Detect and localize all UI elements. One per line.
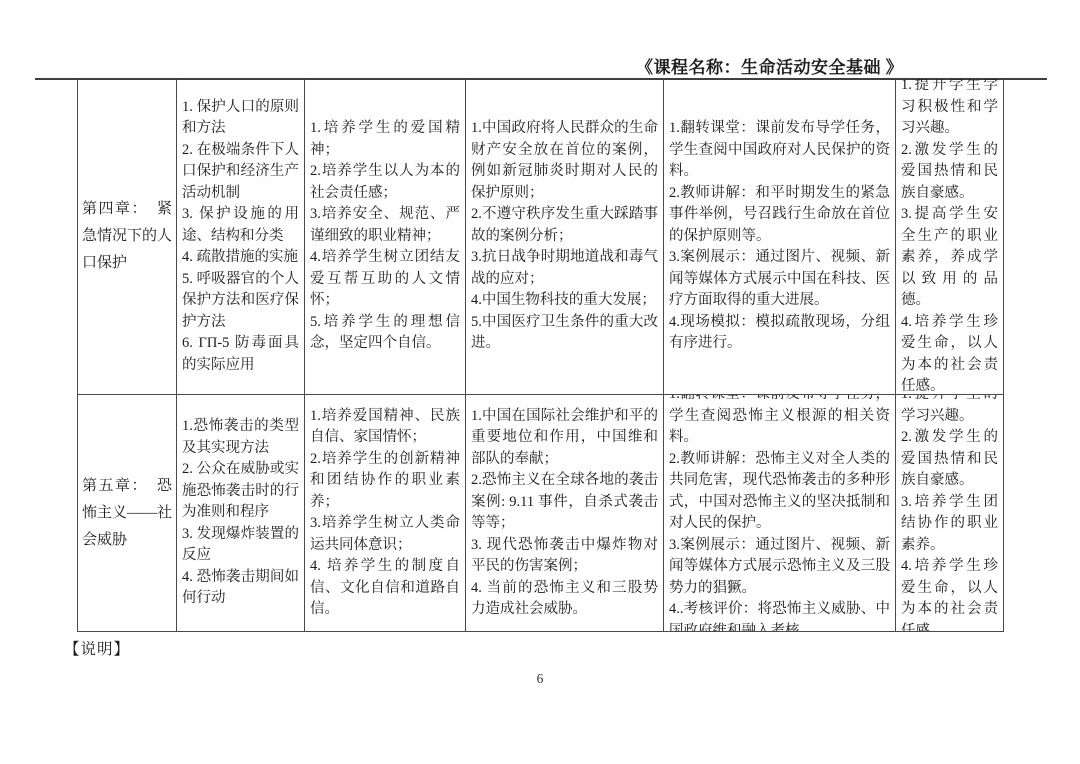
cell-item: 4.培养学生珍爱生命，以人为本的社会责任感。 xyxy=(901,312,998,395)
cell-item: 2.恐怖主义在全球各地的袭击案例: 9.11 事件，自杀式袭击等等； xyxy=(471,470,658,535)
cell-item: 1.翻转课堂：课前发布导学任务，学生查阅恐怖主义根源的相关资料。 xyxy=(669,395,890,449)
chapter5-outcomes-cell: 1.提升学生的学习兴趣。2.激发学生的爱国热情和民族自豪感。3.培养学生团结协作… xyxy=(896,395,1004,632)
cell-item: 2.培养学生以人为本的社会责任感； xyxy=(310,161,460,204)
chapter5-objectives-cell: 1.培养爱国精神、民族自信、家国情怀；2.培养学生的创新精神和团结协作的职业素养… xyxy=(305,395,466,632)
course-name-underlined: 生命活动安全基础 xyxy=(741,58,881,79)
chapter4-methods-cell: 1.翻转课堂：课前发布导学任务，学生查阅中国政府对人民保护的资料。2.教师讲解：… xyxy=(664,79,896,395)
cell-item: 4. 疏散措施的实施 xyxy=(182,247,299,269)
course-title-suffix: 》 xyxy=(881,58,903,77)
cell-item: 2.激发学生的爱国热情和民族自豪感。 xyxy=(901,140,998,205)
cell-item: 3.培养安全、规范、严谨细致的职业精神； xyxy=(310,204,460,247)
chapter4-content-cell: 1. 保护人口的原则和方法2. 在极端条件下人口保护和经济生产活动机制3. 保护… xyxy=(177,79,305,395)
cell-item: 4. 培养学生的制度自信、文化自信和道路自信。 xyxy=(310,556,460,621)
cell-item: 1.提升学生的学习兴趣。 xyxy=(901,395,998,427)
cell-item: 3. 现代恐怖袭击中爆炸物对平民的伤害案例； xyxy=(471,535,658,578)
chapter4-outcomes-cell: 1.提升学生学习积极性和学习兴趣。2.激发学生的爱国热情和民族自豪感。3.提高学… xyxy=(896,79,1004,395)
cell-item: 2.教师讲解：和平时期发生的紧急事件举例，号召践行生命放在首位的保护原则等。 xyxy=(669,183,890,248)
cell-item: 4..考核评价：将恐怖主义威胁、中国政府维和融入考核。 xyxy=(669,599,890,632)
cell-item: 1.提升学生学习积极性和学习兴趣。 xyxy=(901,79,998,140)
cell-item: 3.抗日战争时期地道战和毒气战的应对； xyxy=(471,247,658,290)
chapter5-methods-cell: 1.翻转课堂：课前发布导学任务，学生查阅恐怖主义根源的相关资料。2.教师讲解：恐… xyxy=(664,395,896,632)
note-label: 【说明】 xyxy=(64,637,130,659)
cell-item: 3.案例展示：通过图片、视频、新闻等媒体方式展示恐怖主义及三股势力的猖獗。 xyxy=(669,535,890,600)
chapter5-cases-cell: 1.中国在国际社会维护和平的重要地位和作用，中国维和部队的奉献；2.恐怖主义在全… xyxy=(466,395,664,632)
cell-item: 2.不遵守秩序发生重大踩踏事故的案例分析； xyxy=(471,204,658,247)
course-title-prefix: 《课程名称： xyxy=(636,58,741,77)
chapter4-objectives-cell: 1.培养学生的爱国精神；2.培养学生以人为本的社会责任感；3.培养安全、规范、严… xyxy=(305,79,466,395)
cell-item: 2.培养学生的创新精神和团结协作的职业素养； xyxy=(310,449,460,514)
cell-item: 2. 公众在威胁或实施恐怖袭击时的行为准则和程序 xyxy=(182,459,299,524)
course-title: 《课程名称：生命活动安全基础 》 xyxy=(636,53,903,78)
cell-item: 3. 保护设施的用途、结构和分类 xyxy=(182,204,299,247)
cell-item: 2. 在极端条件下人口保护和经济生产活动机制 xyxy=(182,140,299,205)
cell-item: 3.培养学生团结协作的职业素养。 xyxy=(901,492,998,557)
cell-item: 5.培养学生的理想信念，坚定四个自信。 xyxy=(310,312,460,355)
cell-item: 6. ГП-5 防毒面具的实际应用 xyxy=(182,333,299,376)
cell-item: 2.教师讲解：恐怖主义对全人类的共同危害，现代恐怖袭击的多种形式，中国对恐怖主义… xyxy=(669,449,890,535)
chapter5-content-cell: 1.恐怖袭击的类型及其实现方法2. 公众在威胁或实施恐怖袭击时的行为准则和程序3… xyxy=(177,395,305,632)
cell-item: 3. 发现爆炸装置的反应 xyxy=(182,524,299,567)
chapter4-title: 第四章： 紧急情况下的人口保护 xyxy=(82,196,172,277)
cell-item: 1.恐怖袭击的类型及其实现方法 xyxy=(182,416,299,459)
syllabus-table: 第四章： 紧急情况下的人口保护 1. 保护人口的原则和方法2. 在极端条件下人口… xyxy=(77,79,1004,632)
cell-item: 1.翻转课堂：课前发布导学任务，学生查阅中国政府对人民保护的资料。 xyxy=(669,118,890,183)
chapter5-title-cell: 第五章： 恐怖主义——社会威胁 xyxy=(78,395,177,632)
cell-item: 3.案例展示：通过图片、视频、新闻等媒体方式展示中国在科技、医疗方面取得的重大进… xyxy=(669,247,890,312)
cell-item: 4. 当前的恐怖主义和三股势力造成社会威胁。 xyxy=(471,578,658,621)
cell-item: 4.培养学生珍爱生命，以人为本的社会责任感。 xyxy=(901,556,998,632)
cell-item: 5. 呼吸器官的个人保护方法和医疗保护方法 xyxy=(182,269,299,334)
cell-item: 5.中国医疗卫生条件的重大改进。 xyxy=(471,312,658,355)
chapter4-cases-cell: 1.中国政府将人民群众的生命财产安全放在首位的案例，例如新冠肺炎时期对人民的保护… xyxy=(466,79,664,395)
cell-item: 3.培养学生树立人类命运共同体意识； xyxy=(310,513,460,556)
cell-item: 1.中国在国际社会维护和平的重要地位和作用，中国维和部队的奉献； xyxy=(471,406,658,471)
cell-item: 4.现场模拟：模拟疏散现场，分组有序进行。 xyxy=(669,312,890,355)
chapter5-title: 第五章： 恐怖主义——社会威胁 xyxy=(82,473,172,554)
cell-item: 4.中国生物科技的重大发展； xyxy=(471,290,658,312)
cell-item: 1.培养爱国精神、民族自信、家国情怀； xyxy=(310,406,460,449)
cell-item: 4.培养学生树立团结友爱互帮互助的人文情怀； xyxy=(310,247,460,312)
cell-item: 1.培养学生的爱国精神； xyxy=(310,118,460,161)
cell-item: 4. 恐怖袭击期间如何行动 xyxy=(182,567,299,610)
chapter4-title-cell: 第四章： 紧急情况下的人口保护 xyxy=(78,79,177,395)
document-page: 《课程名称：生命活动安全基础 》 第四章： 紧急情况下的人口保护 1. 保护人口… xyxy=(0,0,1080,764)
cell-item: 1. 保护人口的原则和方法 xyxy=(182,97,299,140)
page-number: 6 xyxy=(0,671,1080,687)
cell-item: 3.提高学生安全生产的职业素养，养成学以致用的品德。 xyxy=(901,204,998,312)
cell-item: 1.中国政府将人民群众的生命财产安全放在首位的案例，例如新冠肺炎时期对人民的保护… xyxy=(471,118,658,204)
cell-item: 2.激发学生的爱国热情和民族自豪感。 xyxy=(901,427,998,492)
